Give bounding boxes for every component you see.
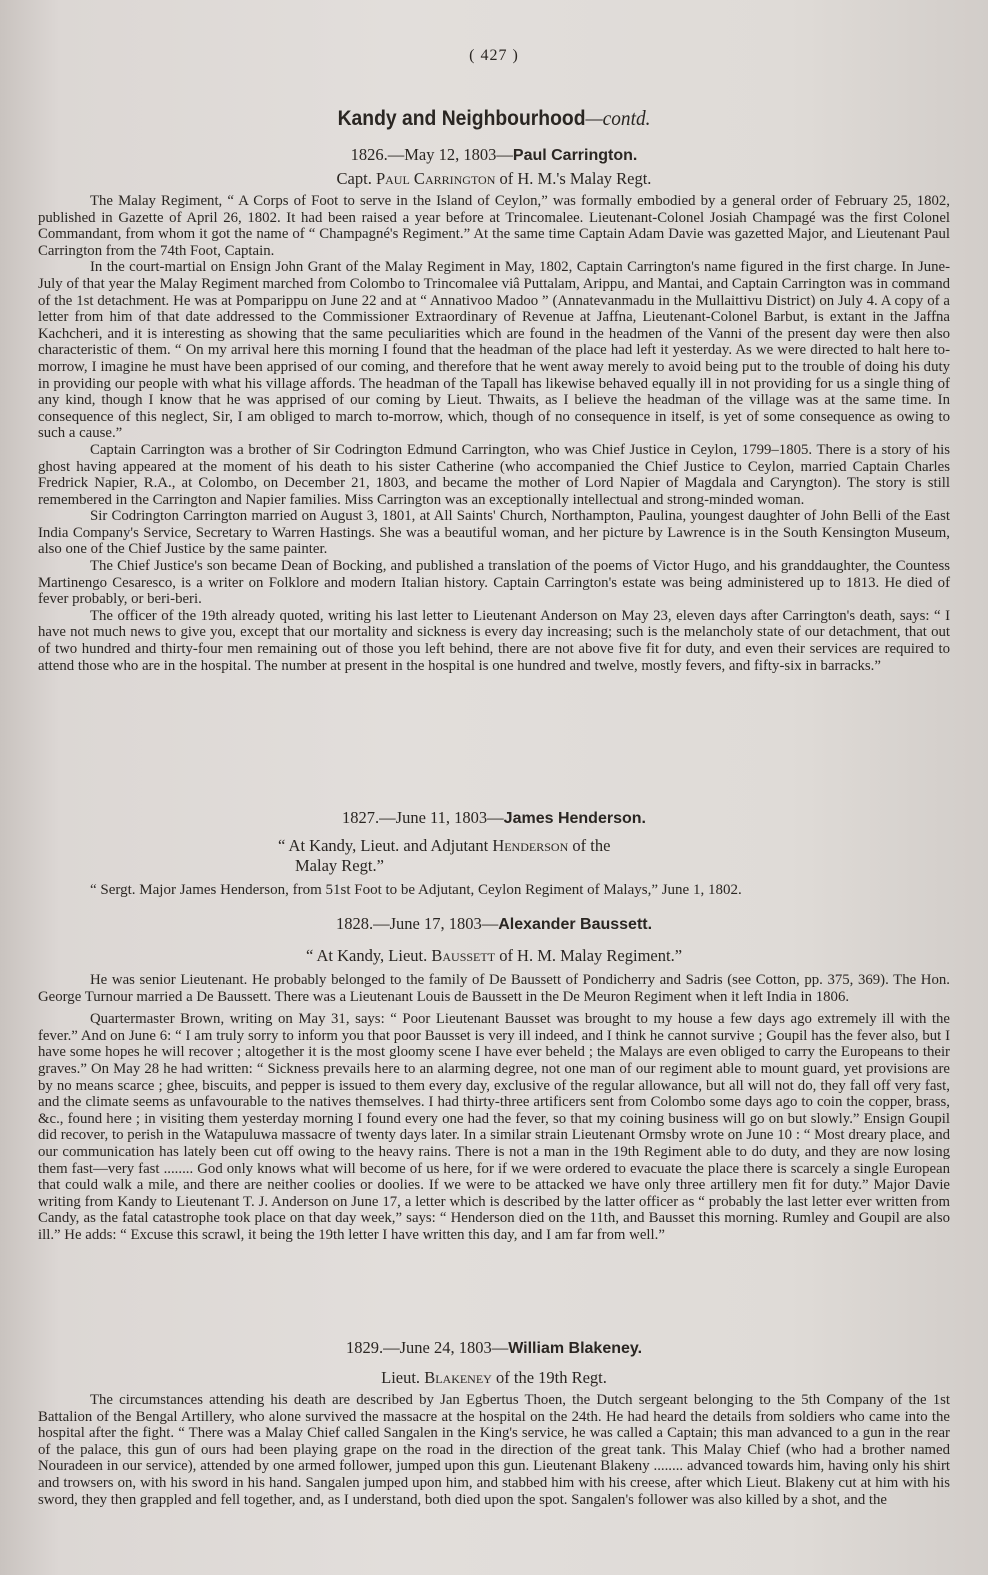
paragraph: “ Sergt. Major James Henderson, from 51s… xyxy=(90,882,950,899)
entry-1829: 1829.—June 24, 1803—William Blakeney. Li… xyxy=(38,1338,950,1508)
entry-name: Alexander Baussett. xyxy=(498,916,652,933)
entry-1827: 1827.—June 11, 1803—James Henderson. “ A… xyxy=(38,808,950,828)
entry-date: 1828.—June 17, 1803— xyxy=(336,914,498,933)
inscription-pre: Capt. xyxy=(337,169,376,188)
inscription-pre: “ At Kandy, Lieut. xyxy=(306,946,431,965)
entry-heading: 1828.—June 17, 1803—Alexander Baussett. xyxy=(38,914,950,934)
paragraph: The officer of the 19th already quoted, … xyxy=(38,608,950,674)
entry-name: William Blakeney. xyxy=(508,1340,642,1357)
entry-heading: 1827.—June 11, 1803—James Henderson. xyxy=(38,808,950,828)
entry-heading: 1826.—May 12, 1803—Paul Carrington. xyxy=(38,145,950,165)
entry-1826: 1826.—May 12, 1803—Paul Carrington. Capt… xyxy=(38,145,950,674)
inscription-post: of H. M. Malay Regiment.” xyxy=(495,946,682,965)
paragraph: He was senior Lieutenant. He probably be… xyxy=(38,972,950,1005)
inscription: “ At Kandy, Lieut. and Adjutant Henderso… xyxy=(278,836,738,876)
paragraph: In the court-martial on Ensign John Gran… xyxy=(38,259,950,442)
paragraph: The Malay Regiment, “ A Corps of Foot to… xyxy=(38,193,950,259)
inscription: Lieut. Blakeney of the 19th Regt. xyxy=(38,1368,950,1388)
inscription-post: of H. M.'s Malay Regt. xyxy=(495,169,651,188)
paragraph: Quartermaster Brown, writing on May 31, … xyxy=(38,1011,950,1243)
inscription-name: Baussett xyxy=(431,946,495,965)
paragraph: Captain Carrington was a brother of Sir … xyxy=(38,442,950,508)
inscription-pre: “ At Kandy, Lieut. and Adjutant xyxy=(278,836,492,855)
paragraph: Sir Codrington Carrington married on Aug… xyxy=(38,508,950,558)
entry-name: James Henderson. xyxy=(504,810,646,827)
entry-1828: 1828.—June 17, 1803—Alexander Baussett. … xyxy=(38,914,950,1244)
paragraph: The Chief Justice's son became Dean of B… xyxy=(38,558,950,608)
entry-heading: 1829.—June 24, 1803—William Blakeney. xyxy=(38,1338,950,1358)
entry-date: 1829.—June 24, 1803— xyxy=(346,1338,508,1357)
section-title: Kandy and Neighbourhood—contd. xyxy=(74,106,913,131)
section-title-text: Kandy and Neighbourhood xyxy=(338,107,586,130)
inscription-post: of the 19th Regt. xyxy=(492,1368,607,1387)
section-title-suffix: —contd. xyxy=(585,106,650,130)
entry-date: 1826.—May 12, 1803— xyxy=(351,145,513,164)
inscription-name: Henderson xyxy=(492,836,568,855)
inscription-line-2: Malay Regt.” xyxy=(278,856,738,876)
inscription-name: Blakeney xyxy=(424,1368,492,1387)
paragraph: The circumstances attending his death ar… xyxy=(38,1392,950,1508)
inscription-pre: Lieut. xyxy=(381,1368,424,1387)
inscription-post: of the xyxy=(568,836,610,855)
entry-date: 1827.—June 11, 1803— xyxy=(342,808,504,827)
inscription: Capt. Paul Carrington of H. M.'s Malay R… xyxy=(38,169,950,189)
inscription-line-1: “ At Kandy, Lieut. and Adjutant Henderso… xyxy=(278,836,738,856)
page-number: ( 427 ) xyxy=(38,47,950,65)
entry-name: Paul Carrington. xyxy=(513,147,637,164)
inscription-name: Paul Carrington xyxy=(376,169,495,188)
inscription: “ At Kandy, Lieut. Baussett of H. M. Mal… xyxy=(38,946,950,966)
